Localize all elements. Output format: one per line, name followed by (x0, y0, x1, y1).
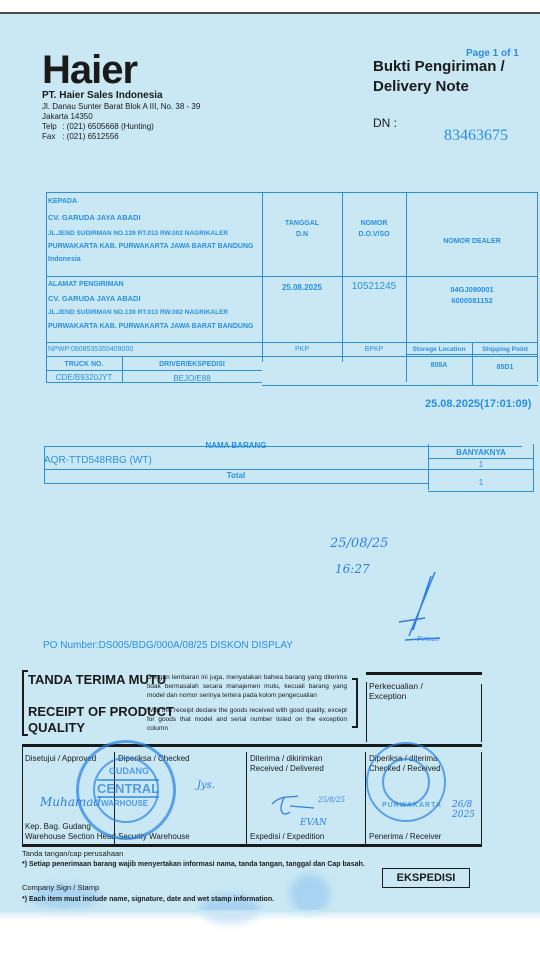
dealer-label: NOMOR DEALER (406, 236, 538, 247)
nomor-label-1: NOMOR (342, 218, 406, 229)
checked-signature: Jys. (197, 780, 215, 791)
title-line-1: Bukti Pengiriman / (373, 57, 505, 77)
tanggal-label-1: TANGGAL (262, 218, 342, 229)
telp-line: Telp : (021) 6505668 (Hunting) (42, 122, 200, 132)
po-number: PO Number:DS005/BDG/000A/08/25 DISKON DI… (43, 640, 293, 651)
fax-value: : (021) 6512556 (62, 132, 119, 141)
alamat-name: CV. GARUDA JAYA ABADI (48, 293, 141, 304)
receipt-text-id: Dengan lembaran ini juga, menyatakan bah… (147, 673, 347, 700)
alamat-address-1: JL.JEND SUDIRMAN NO.139 RT.013 RW.002 NA… (48, 307, 228, 318)
storage-location-label: Storege Location (406, 344, 472, 355)
receiver-label: Penerima / Receiver (369, 832, 441, 842)
handwritten-time: 16:27 (335, 562, 370, 576)
dealer-value-1: 04GJ090001 (406, 284, 538, 295)
received-delivered-label-2: Received / Delivered (250, 764, 324, 774)
haier-warehouse-stamp: GUDANG CENTRAL WARHOUSE (76, 740, 176, 840)
alamat-address-2: PURWAKARTA KAB. PURWAKARTA JAWA BARAT BA… (48, 321, 253, 332)
receiver-company-stamp: PURWAKARTA (366, 742, 446, 822)
expedition-scribble (268, 790, 318, 820)
kepada-name: CV. GARUDA JAYA ABADI (48, 212, 141, 223)
item-name: AQR-TTD548RBG (WT) (44, 455, 152, 466)
total-value: 1 (428, 477, 534, 488)
stamp-purwakarta: PURWAKARTA (382, 802, 442, 809)
driver-label: DRIVER/EKSPEDISI (122, 359, 262, 370)
title-line-2: Delivery Note (373, 77, 505, 97)
receipt-text-en: With this receipt declare the goods rece… (147, 706, 347, 733)
alamat-label: ALAMAT PENGIRIMAN (48, 279, 124, 290)
exception-label-2: Exception (369, 691, 423, 701)
dn-number: 83463675 (444, 127, 508, 145)
handwritten-date: 25/08/25 (330, 536, 388, 551)
company-address: Jl. Danau Sunter Barat Blok A III, No. 3… (42, 102, 200, 142)
truck-label: TRUCK NO. (46, 359, 122, 370)
banyaknya-header: BANYAKNYA (428, 447, 534, 458)
address-line-1: Jl. Danau Sunter Barat Blok A III, No. 3… (42, 102, 200, 112)
note-id: *) Setiap penerimaan barang wajib menyer… (22, 861, 365, 868)
company-sign-en: Company Sign / Stamp (22, 883, 99, 892)
dealer-value-2: 6000581152 (406, 295, 538, 306)
nama-barang-header: NAMA BARANG (44, 440, 428, 451)
kepada-address-1: JL.JEND SUDIRMAN NO.139 RT.013 RW.002 NA… (48, 228, 228, 239)
company-name: PT. Haier Sales Indonesia (42, 90, 163, 101)
expedition-label: Expedisi / Expedition (250, 832, 324, 842)
stamp-central: CENTRAL (97, 779, 159, 798)
fax-label: Fax (42, 132, 60, 142)
document-title: Bukti Pengiriman / Delivery Note (373, 57, 505, 97)
note-en: *) Each item must include name, signatur… (22, 896, 274, 903)
address-line-2: Jakarta 14350 (42, 112, 200, 122)
npwp: NPWP:0808535355409000 (48, 344, 133, 355)
receiver-date: 26/8 2025 (452, 800, 478, 820)
stamp-gudang: GUDANG (109, 766, 149, 776)
tanggal-label-2: D.N (262, 229, 342, 240)
receipt-title-id: TANDA TERIMA MUTU (28, 672, 166, 688)
received-delivered-label-1: Diterima / dikirimkan (250, 754, 324, 764)
telp-value: : (021) 6505668 (Hunting) (62, 122, 154, 131)
fax-line: Fax : (021) 6512556 (42, 132, 200, 142)
bpkp-label: BPKP (342, 344, 406, 355)
dealer-value: 04GJ090001 6000581152 (406, 284, 538, 306)
stamp-warehouse: WARHOUSE (101, 799, 148, 808)
exception-label-1: Perkecualian / (369, 681, 423, 691)
pkp-label: PKP (262, 344, 342, 355)
kepada-label: KEPADA (48, 196, 77, 207)
shipping-point-label: Shipping Point (472, 344, 538, 355)
truck-value: CDE/B9320JYT (46, 372, 122, 383)
tanggal-value: 25.08.2025 (262, 282, 342, 293)
tanggal-label: TANGGAL D.N (262, 218, 342, 240)
nomor-label: NOMOR D.O.V/SO (342, 218, 406, 240)
print-timestamp: 25.08.2025(17:01:09) (425, 398, 531, 410)
signature-name: Firman (417, 636, 439, 643)
nomor-label-2: D.O.V/SO (342, 229, 406, 240)
telp-label: Telp (42, 122, 60, 132)
nomor-value: 10521245 (342, 281, 406, 292)
storage-location-value: 808A (406, 360, 472, 371)
exception-label: Perkecualian / Exception (369, 681, 423, 701)
shipping-point-value: 85D1 (472, 362, 538, 373)
copy-label-ekspedisi: EKSPEDISI (382, 868, 470, 888)
kepada-address-2: PURWAKARTA KAB. PURWAKARTA JAWA BARAT BA… (48, 241, 253, 252)
haier-logo: Haier (42, 48, 137, 93)
item-qty: 1 (428, 459, 534, 470)
company-sign-id: Tanda tangan/cap perusahaan (22, 849, 123, 858)
ink-smudge (290, 874, 330, 914)
kepada-country: Indonesia (48, 254, 81, 265)
driver-value: BEJO/E88 (122, 373, 262, 384)
total-label: Total (44, 470, 428, 481)
received-delivered-label: Diterima / dikirimkan Received / Deliver… (250, 754, 324, 774)
expedition-date: 25/8/25 (318, 796, 345, 804)
dn-label: DN : (373, 116, 397, 130)
